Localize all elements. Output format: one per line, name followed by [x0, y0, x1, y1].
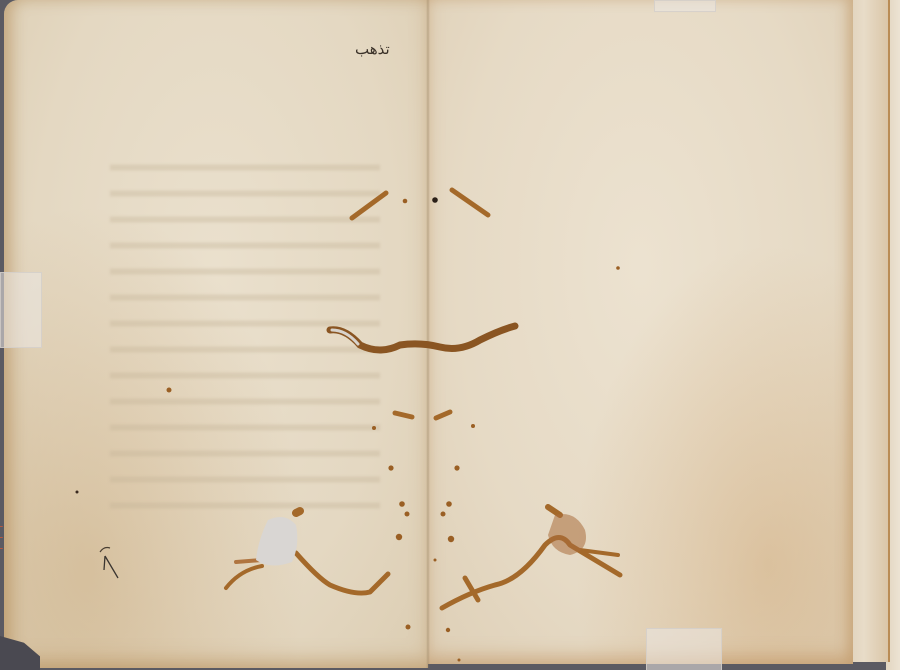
wormholes: [0, 0, 900, 670]
manuscript-scan: تذهب ـــ: [0, 0, 900, 670]
